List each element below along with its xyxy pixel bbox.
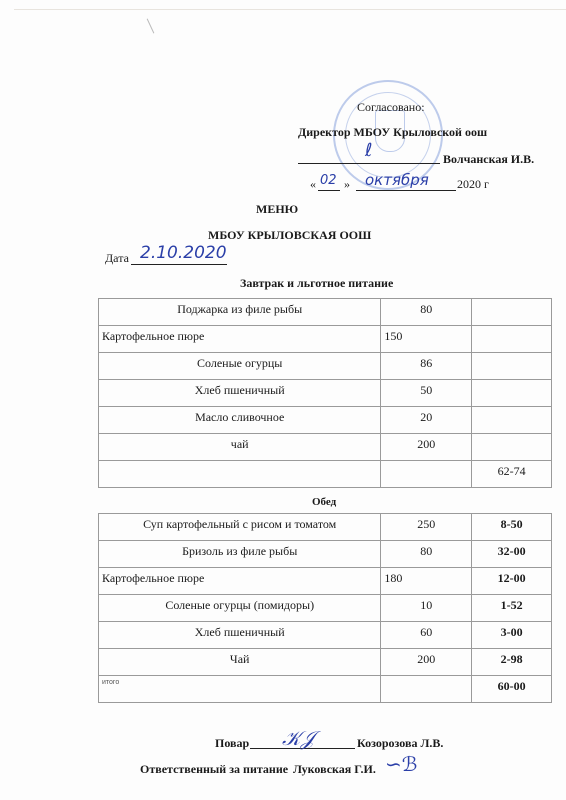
table-row: Картофельное пюре 150 bbox=[99, 326, 552, 353]
dish-name: Хлеб пшеничный bbox=[99, 380, 381, 407]
table-row: Поджарка из филе рыбы 80 bbox=[99, 299, 552, 326]
dish-qty: 200 bbox=[381, 649, 472, 676]
table-row: Хлеб пшеничный 60 3-00 bbox=[99, 622, 552, 649]
dish-name: Бризоль из филе рыбы bbox=[99, 541, 381, 568]
dish-qty: 20 bbox=[381, 407, 472, 434]
table-row-total: 62-74 bbox=[99, 461, 552, 488]
director-signature: ℓ bbox=[365, 140, 372, 161]
director-name: Волчанская И.В. bbox=[443, 152, 534, 167]
agreed-label: Согласовано: bbox=[357, 100, 425, 115]
dish-price bbox=[472, 434, 552, 461]
dish-name: Соленые огурцы (помидоры) bbox=[99, 595, 381, 622]
dish-name: Суп картофельный с рисом и томатом bbox=[99, 514, 381, 541]
dish-name: Соленые огурцы bbox=[99, 353, 381, 380]
dish-qty: 86 bbox=[381, 353, 472, 380]
date-close-quote: » bbox=[344, 177, 350, 192]
month-underline bbox=[356, 190, 456, 191]
date-underline bbox=[131, 264, 227, 265]
dish-price: 2-98 bbox=[472, 649, 552, 676]
menu-title: МЕНЮ bbox=[256, 202, 298, 217]
breakfast-table: Поджарка из филе рыбы 80 Картофельное пю… bbox=[98, 298, 552, 488]
dish-price bbox=[472, 407, 552, 434]
breakfast-total-price: 62-74 bbox=[472, 461, 552, 488]
table-row: Суп картофельный с рисом и томатом 250 8… bbox=[99, 514, 552, 541]
dish-qty: 150 bbox=[381, 326, 472, 353]
menu-date: 2.10.2020 bbox=[140, 243, 227, 263]
table-row: Соленые огурцы (помидоры) 10 1-52 bbox=[99, 595, 552, 622]
dish-name: чай bbox=[99, 434, 381, 461]
table-row: чай 200 bbox=[99, 434, 552, 461]
responsible-label: Ответственный за питание bbox=[140, 762, 288, 777]
director-signature-line bbox=[298, 163, 440, 164]
dish-price bbox=[472, 299, 552, 326]
dish-qty: 10 bbox=[381, 595, 472, 622]
date-open-quote: « bbox=[310, 177, 316, 192]
dish-name: Картофельное пюре bbox=[99, 568, 381, 595]
document-page: Согласовано: Директор МБОУ Крыловской оо… bbox=[0, 0, 566, 800]
breakfast-section-title: Завтрак и льготное питание bbox=[240, 276, 393, 291]
cook-name: Козорозова Л.В. bbox=[357, 736, 443, 751]
dish-price: 3-00 bbox=[472, 622, 552, 649]
school-name: МБОУ КРЫЛОВСКАЯ ООШ bbox=[208, 228, 371, 243]
dish-name: Картофельное пюре bbox=[99, 326, 381, 353]
dish-name: Масло сливочное bbox=[99, 407, 381, 434]
total-label: итого bbox=[99, 676, 381, 703]
dish-name bbox=[99, 461, 381, 488]
dish-qty: 60 bbox=[381, 622, 472, 649]
dish-name: Поджарка из филе рыбы bbox=[99, 299, 381, 326]
lunch-table: Суп картофельный с рисом и томатом 250 8… bbox=[98, 513, 552, 703]
dish-qty bbox=[381, 461, 472, 488]
approval-month: октября bbox=[365, 171, 429, 189]
dish-name: Чай bbox=[99, 649, 381, 676]
table-row-total: итого 60-00 bbox=[99, 676, 552, 703]
dish-price bbox=[472, 380, 552, 407]
dish-price bbox=[472, 353, 552, 380]
dish-qty bbox=[381, 676, 472, 703]
dish-qty: 50 bbox=[381, 380, 472, 407]
table-row: Картофельное пюре 180 12-00 bbox=[99, 568, 552, 595]
cook-label: Повар bbox=[215, 736, 249, 751]
director-title: Директор МБОУ Крыловской оош bbox=[298, 125, 487, 140]
dish-price: 8-50 bbox=[472, 514, 552, 541]
table-row: Бризоль из филе рыбы 80 32-00 bbox=[99, 541, 552, 568]
table-row: Чай 200 2-98 bbox=[99, 649, 552, 676]
scan-mark bbox=[147, 19, 155, 34]
dish-qty: 200 bbox=[381, 434, 472, 461]
approval-year: 2020 г bbox=[457, 177, 489, 192]
day-underline bbox=[318, 190, 340, 191]
scan-edge-line bbox=[14, 9, 566, 10]
lunch-section-title: Обед bbox=[312, 496, 336, 508]
dish-price: 1-52 bbox=[472, 595, 552, 622]
cook-signature: 𝒦𝒥 bbox=[282, 726, 314, 750]
dish-qty: 80 bbox=[381, 541, 472, 568]
table-row: Хлеб пшеничный 50 bbox=[99, 380, 552, 407]
table-row: Соленые огурцы 86 bbox=[99, 353, 552, 380]
lunch-total-price: 60-00 bbox=[472, 676, 552, 703]
dish-qty: 250 bbox=[381, 514, 472, 541]
responsible-name: Луковская Г.И. bbox=[293, 762, 376, 777]
responsible-signature: ∽ℬ bbox=[385, 752, 417, 776]
table-row: Масло сливочное 20 bbox=[99, 407, 552, 434]
dish-name: Хлеб пшеничный bbox=[99, 622, 381, 649]
dish-price: 12-00 bbox=[472, 568, 552, 595]
date-label: Дата bbox=[105, 251, 129, 266]
approval-day: 02 bbox=[320, 173, 337, 188]
dish-qty: 180 bbox=[381, 568, 472, 595]
dish-qty: 80 bbox=[381, 299, 472, 326]
dish-price: 32-00 bbox=[472, 541, 552, 568]
dish-price bbox=[472, 326, 552, 353]
